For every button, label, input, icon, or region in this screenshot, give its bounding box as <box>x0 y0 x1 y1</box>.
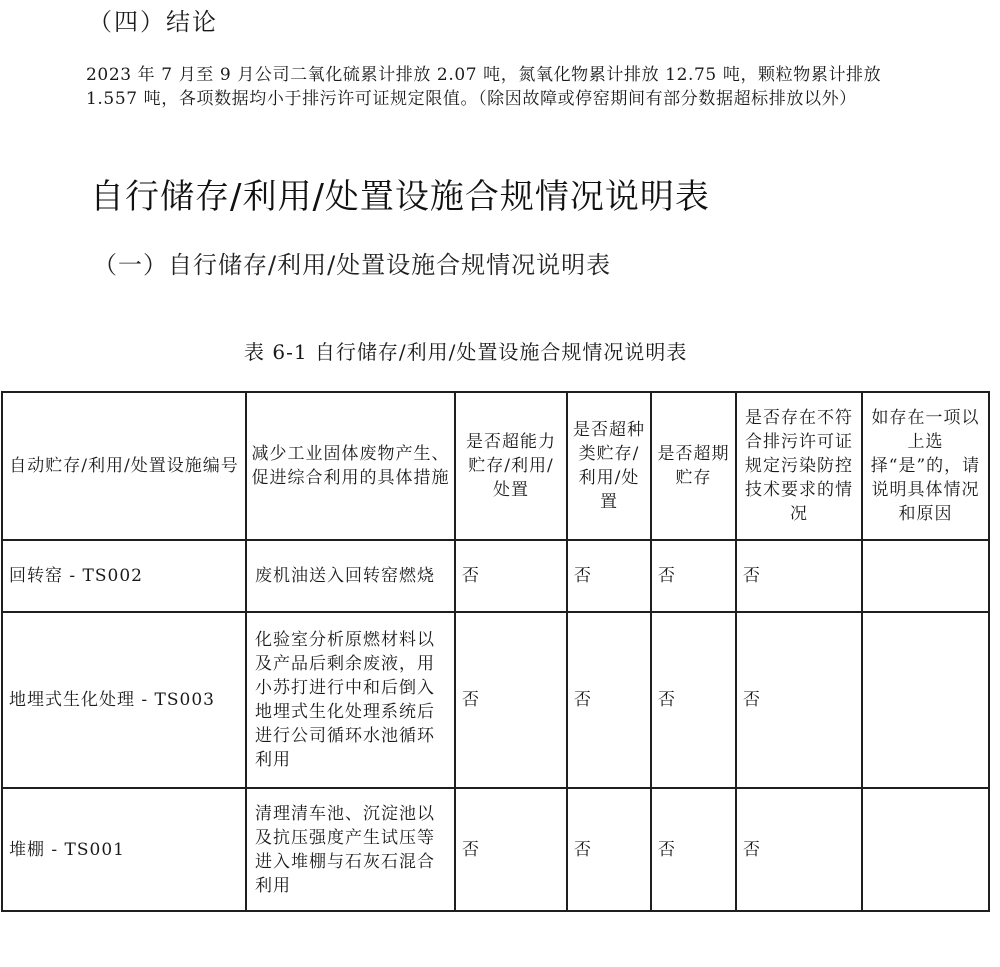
cell-facility: 回转窑 - TS002 <box>2 540 246 612</box>
cell-facility: 堆棚 - TS001 <box>2 788 246 911</box>
compliance-table: 自动贮存/利用/处置设施编号 减少工业固体废物产生、促进综合利用的具体措施 是否… <box>1 391 990 912</box>
table-row: 地埋式生化处理 - TS003 化验室分析原燃材料以及产品后剩余废液，用小苏打进… <box>2 612 989 788</box>
cell-over-type: 否 <box>567 612 651 788</box>
cell-over-capacity: 否 <box>455 788 567 911</box>
header-explanation: 如存在一项以上选择“是”的，请说明具体情况和原因 <box>862 392 989 540</box>
section-heading-conclusion: （四）结论 <box>88 2 218 37</box>
header-measures: 减少工业固体废物产生、促进综合利用的具体措施 <box>246 392 455 540</box>
cell-over-period: 否 <box>651 788 736 911</box>
header-noncompliant: 是否存在不符合排污许可证规定污染防控技术要求的情况 <box>736 392 862 540</box>
conclusion-paragraph: 2023 年 7 月至 9 月公司二氧化硫累计排放 2.07 吨，氮氧化物累计排… <box>86 63 916 111</box>
cell-over-type: 否 <box>567 540 651 612</box>
cell-measures: 清理清车池、沉淀池以及抗压强度产生试压等进入堆棚与石灰石混合利用 <box>246 788 455 911</box>
cell-over-period: 否 <box>651 612 736 788</box>
cell-over-capacity: 否 <box>455 540 567 612</box>
cell-noncompliant: 否 <box>736 612 862 788</box>
cell-explanation <box>862 788 989 911</box>
cell-measures: 废机油送入回转窑燃烧 <box>246 540 455 612</box>
cell-over-period: 否 <box>651 540 736 612</box>
header-over-type: 是否超种类贮存/利用/处置 <box>567 392 651 540</box>
header-over-capacity: 是否超能力贮存/利用/处置 <box>455 392 567 540</box>
table-header-row: 自动贮存/利用/处置设施编号 减少工业固体废物产生、促进综合利用的具体措施 是否… <box>2 392 989 540</box>
table-row: 回转窑 - TS002 废机油送入回转窑燃烧 否 否 否 否 <box>2 540 989 612</box>
cell-explanation <box>862 540 989 612</box>
cell-noncompliant: 否 <box>736 788 862 911</box>
header-over-period: 是否超期贮存 <box>651 392 736 540</box>
page-title: 自行储存/利用/处置设施合规情况说明表 <box>90 169 710 218</box>
header-facility-id: 自动贮存/利用/处置设施编号 <box>2 392 246 540</box>
cell-explanation <box>862 612 989 788</box>
cell-noncompliant: 否 <box>736 540 862 612</box>
cell-measures: 化验室分析原燃材料以及产品后剩余废液，用小苏打进行中和后倒入地埋式生化处理系统后… <box>246 612 455 788</box>
cell-over-capacity: 否 <box>455 612 567 788</box>
subsection-heading: （一）自行储存/利用/处置设施合规情况说明表 <box>93 245 611 280</box>
cell-facility: 地埋式生化处理 - TS003 <box>2 612 246 788</box>
cell-over-type: 否 <box>567 788 651 911</box>
table-caption: 表 6-1 自行储存/利用/处置设施合规情况说明表 <box>244 336 687 365</box>
table-row: 堆棚 - TS001 清理清车池、沉淀池以及抗压强度产生试压等进入堆棚与石灰石混… <box>2 788 989 911</box>
